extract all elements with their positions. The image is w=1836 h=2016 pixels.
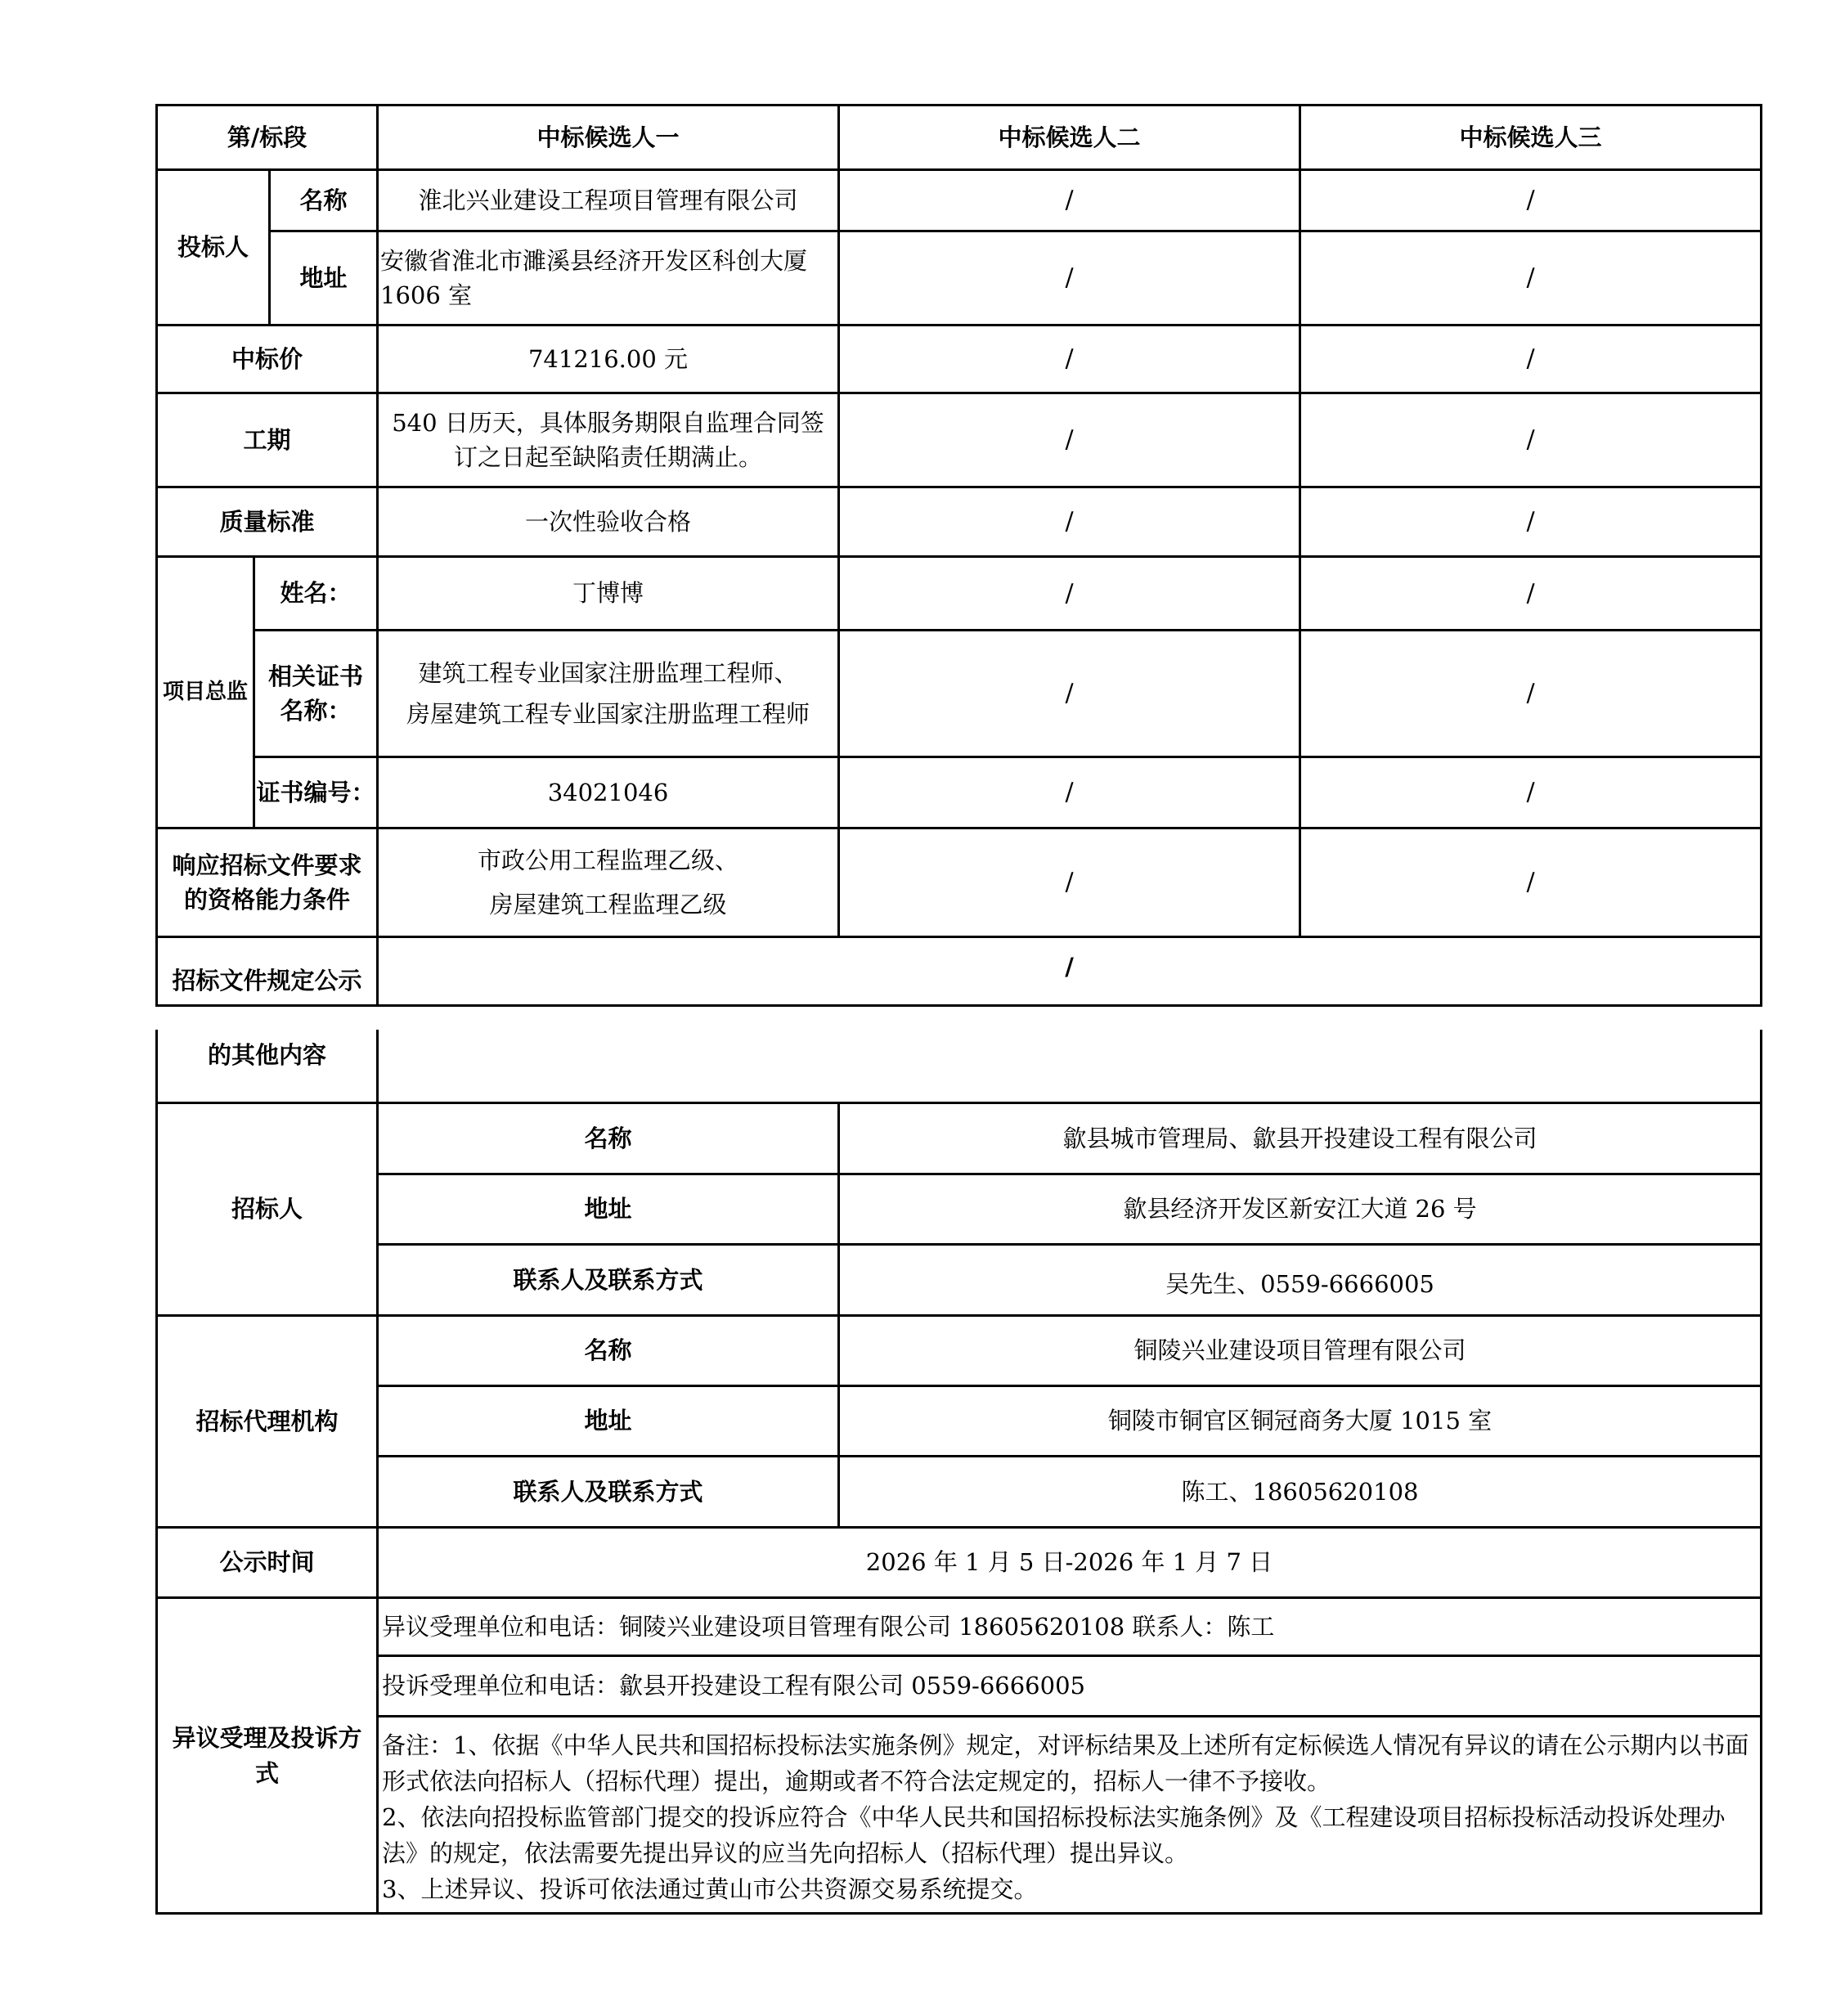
supervisor-cert-3: /	[1301, 631, 1760, 756]
qualification-3: /	[1301, 829, 1760, 936]
header-candidate-3: 中标候选人三	[1301, 106, 1760, 168]
header-candidate-2: 中标候选人二	[840, 106, 1299, 168]
bidder-name-2: /	[840, 171, 1299, 230]
tenderer-contact: 吴先生、0559-6666005	[840, 1246, 1760, 1314]
qualification-line-1: 市政公用工程监理乙级、	[478, 838, 738, 882]
agency-contact-label: 联系人及联系方式	[379, 1457, 837, 1526]
agency-name-label: 名称	[379, 1317, 837, 1385]
objection-label: 异议受理及投诉方式	[158, 1599, 376, 1912]
other-content-value: /	[379, 938, 1760, 995]
quality-3: /	[1301, 488, 1760, 555]
quality-label: 质量标准	[158, 488, 376, 555]
tenderer-address: 歙县经济开发区新安江大道 26 号	[840, 1175, 1760, 1243]
bidder-address-label: 地址	[271, 232, 376, 324]
table-border	[155, 1004, 1762, 1007]
quality-2: /	[840, 488, 1299, 555]
note-1: 备注：1、依据《中华人民共和国招标投标法实施条例》规定，对评标结果及上述所有定标…	[382, 1727, 1757, 1799]
tenderer-name-label: 名称	[379, 1104, 837, 1173]
bidder-group-label: 投标人	[158, 171, 268, 324]
qualification-label-line-2: 的资格能力条件	[184, 882, 350, 917]
price-3: /	[1301, 326, 1760, 392]
note-3: 3、上述异议、投诉可依法通过黄山市公共资源交易系统提交。	[382, 1871, 1757, 1907]
complaint-line: 投诉受理单位和电话：歙县开投建设工程有限公司 0559-6666005	[379, 1657, 1760, 1715]
qualification-label: 响应招标文件要求 的资格能力条件	[158, 829, 376, 936]
agency-label: 招标代理机构	[158, 1317, 376, 1526]
agency-name: 铜陵兴业建设项目管理有限公司	[840, 1317, 1760, 1385]
bidder-address-3: /	[1301, 232, 1760, 324]
qualification-label-line-1: 响应招标文件要求	[172, 848, 361, 882]
table-border	[155, 1912, 1762, 1915]
duration-3: /	[1301, 394, 1760, 486]
header-candidate-1: 中标候选人一	[379, 106, 837, 168]
agency-contact: 陈工、18605620108	[840, 1457, 1760, 1526]
bidder-address-1: 安徽省淮北市濉溪县经济开发区科创大厦 1606 室	[379, 232, 837, 324]
supervisor-cert-label: 相关证书名称：	[255, 631, 376, 756]
objection-line: 异议受理单位和电话：铜陵兴业建设项目管理有限公司 18605620108 联系人…	[379, 1599, 1760, 1655]
header-section: 第/标段	[158, 106, 376, 168]
tenderer-name: 歙县城市管理局、歙县开投建设工程有限公司	[840, 1104, 1760, 1173]
price-label: 中标价	[158, 326, 376, 392]
quality-1: 一次性验收合格	[379, 488, 837, 555]
supervisor-name-2: /	[840, 558, 1299, 629]
publicity-label: 公示时间	[158, 1529, 376, 1596]
bidder-name-3: /	[1301, 171, 1760, 230]
qualification-2: /	[840, 829, 1299, 936]
agency-address-label: 地址	[379, 1387, 837, 1455]
supervisor-cert-1: 建筑工程专业国家注册监理工程师、 房屋建筑工程专业国家注册监理工程师	[379, 631, 837, 756]
supervisor-name-label: 姓名：	[255, 558, 376, 629]
supervisor-cert-no-2: /	[840, 758, 1299, 827]
duration-1: 540 日历天，具体服务期限自监理合同签订之日起至缺陷责任期满止。	[379, 394, 837, 486]
cert-line-2: 房屋建筑工程专业国家注册监理工程师	[406, 694, 810, 734]
publicity-value: 2026 年 1 月 5 日-2026 年 1 月 7 日	[379, 1529, 1760, 1596]
duration-label: 工期	[158, 394, 376, 486]
tenderer-address-label: 地址	[379, 1175, 837, 1243]
other-content-label-part2: 的其他内容	[158, 1030, 376, 1102]
supervisor-cert-2: /	[840, 631, 1299, 756]
agency-address: 铜陵市铜官区铜冠商务大厦 1015 室	[840, 1387, 1760, 1455]
supervisor-cert-no-3: /	[1301, 758, 1760, 827]
table-border	[1760, 104, 1762, 1007]
note-2: 2、依法向招投标监管部门提交的投诉应符合《中华人民共和国招标投标法实施条例》及《…	[382, 1799, 1757, 1871]
supervisor-name-1: 丁博博	[379, 558, 837, 629]
qualification-1: 市政公用工程监理乙级、 房屋建筑工程监理乙级	[379, 829, 837, 936]
chief-supervisor-label: 项目总监	[158, 558, 253, 827]
supervisor-cert-no-label: 证书编号：	[255, 758, 376, 827]
bidder-name-label: 名称	[271, 171, 376, 230]
qualification-line-2: 房屋建筑工程监理乙级	[489, 882, 726, 927]
supervisor-cert-no-1: 34021046	[379, 758, 837, 827]
price-2: /	[840, 326, 1299, 392]
tenderer-label: 招标人	[158, 1104, 376, 1314]
other-content-label-part1: 招标文件规定公示	[158, 938, 376, 1004]
cert-line-1: 建筑工程专业国家注册监理工程师、	[418, 653, 797, 694]
bidder-address-2: /	[840, 232, 1299, 324]
table-border	[1760, 1030, 1762, 1915]
price-1: 741216.00 元	[379, 326, 837, 392]
bidder-name-1: 淮北兴业建设工程项目管理有限公司	[379, 171, 837, 230]
duration-2: /	[840, 394, 1299, 486]
supervisor-name-3: /	[1301, 558, 1760, 629]
objection-notes: 备注：1、依据《中华人民共和国招标投标法实施条例》规定，对评标结果及上述所有定标…	[379, 1717, 1760, 1912]
tenderer-contact-label: 联系人及联系方式	[379, 1246, 837, 1314]
